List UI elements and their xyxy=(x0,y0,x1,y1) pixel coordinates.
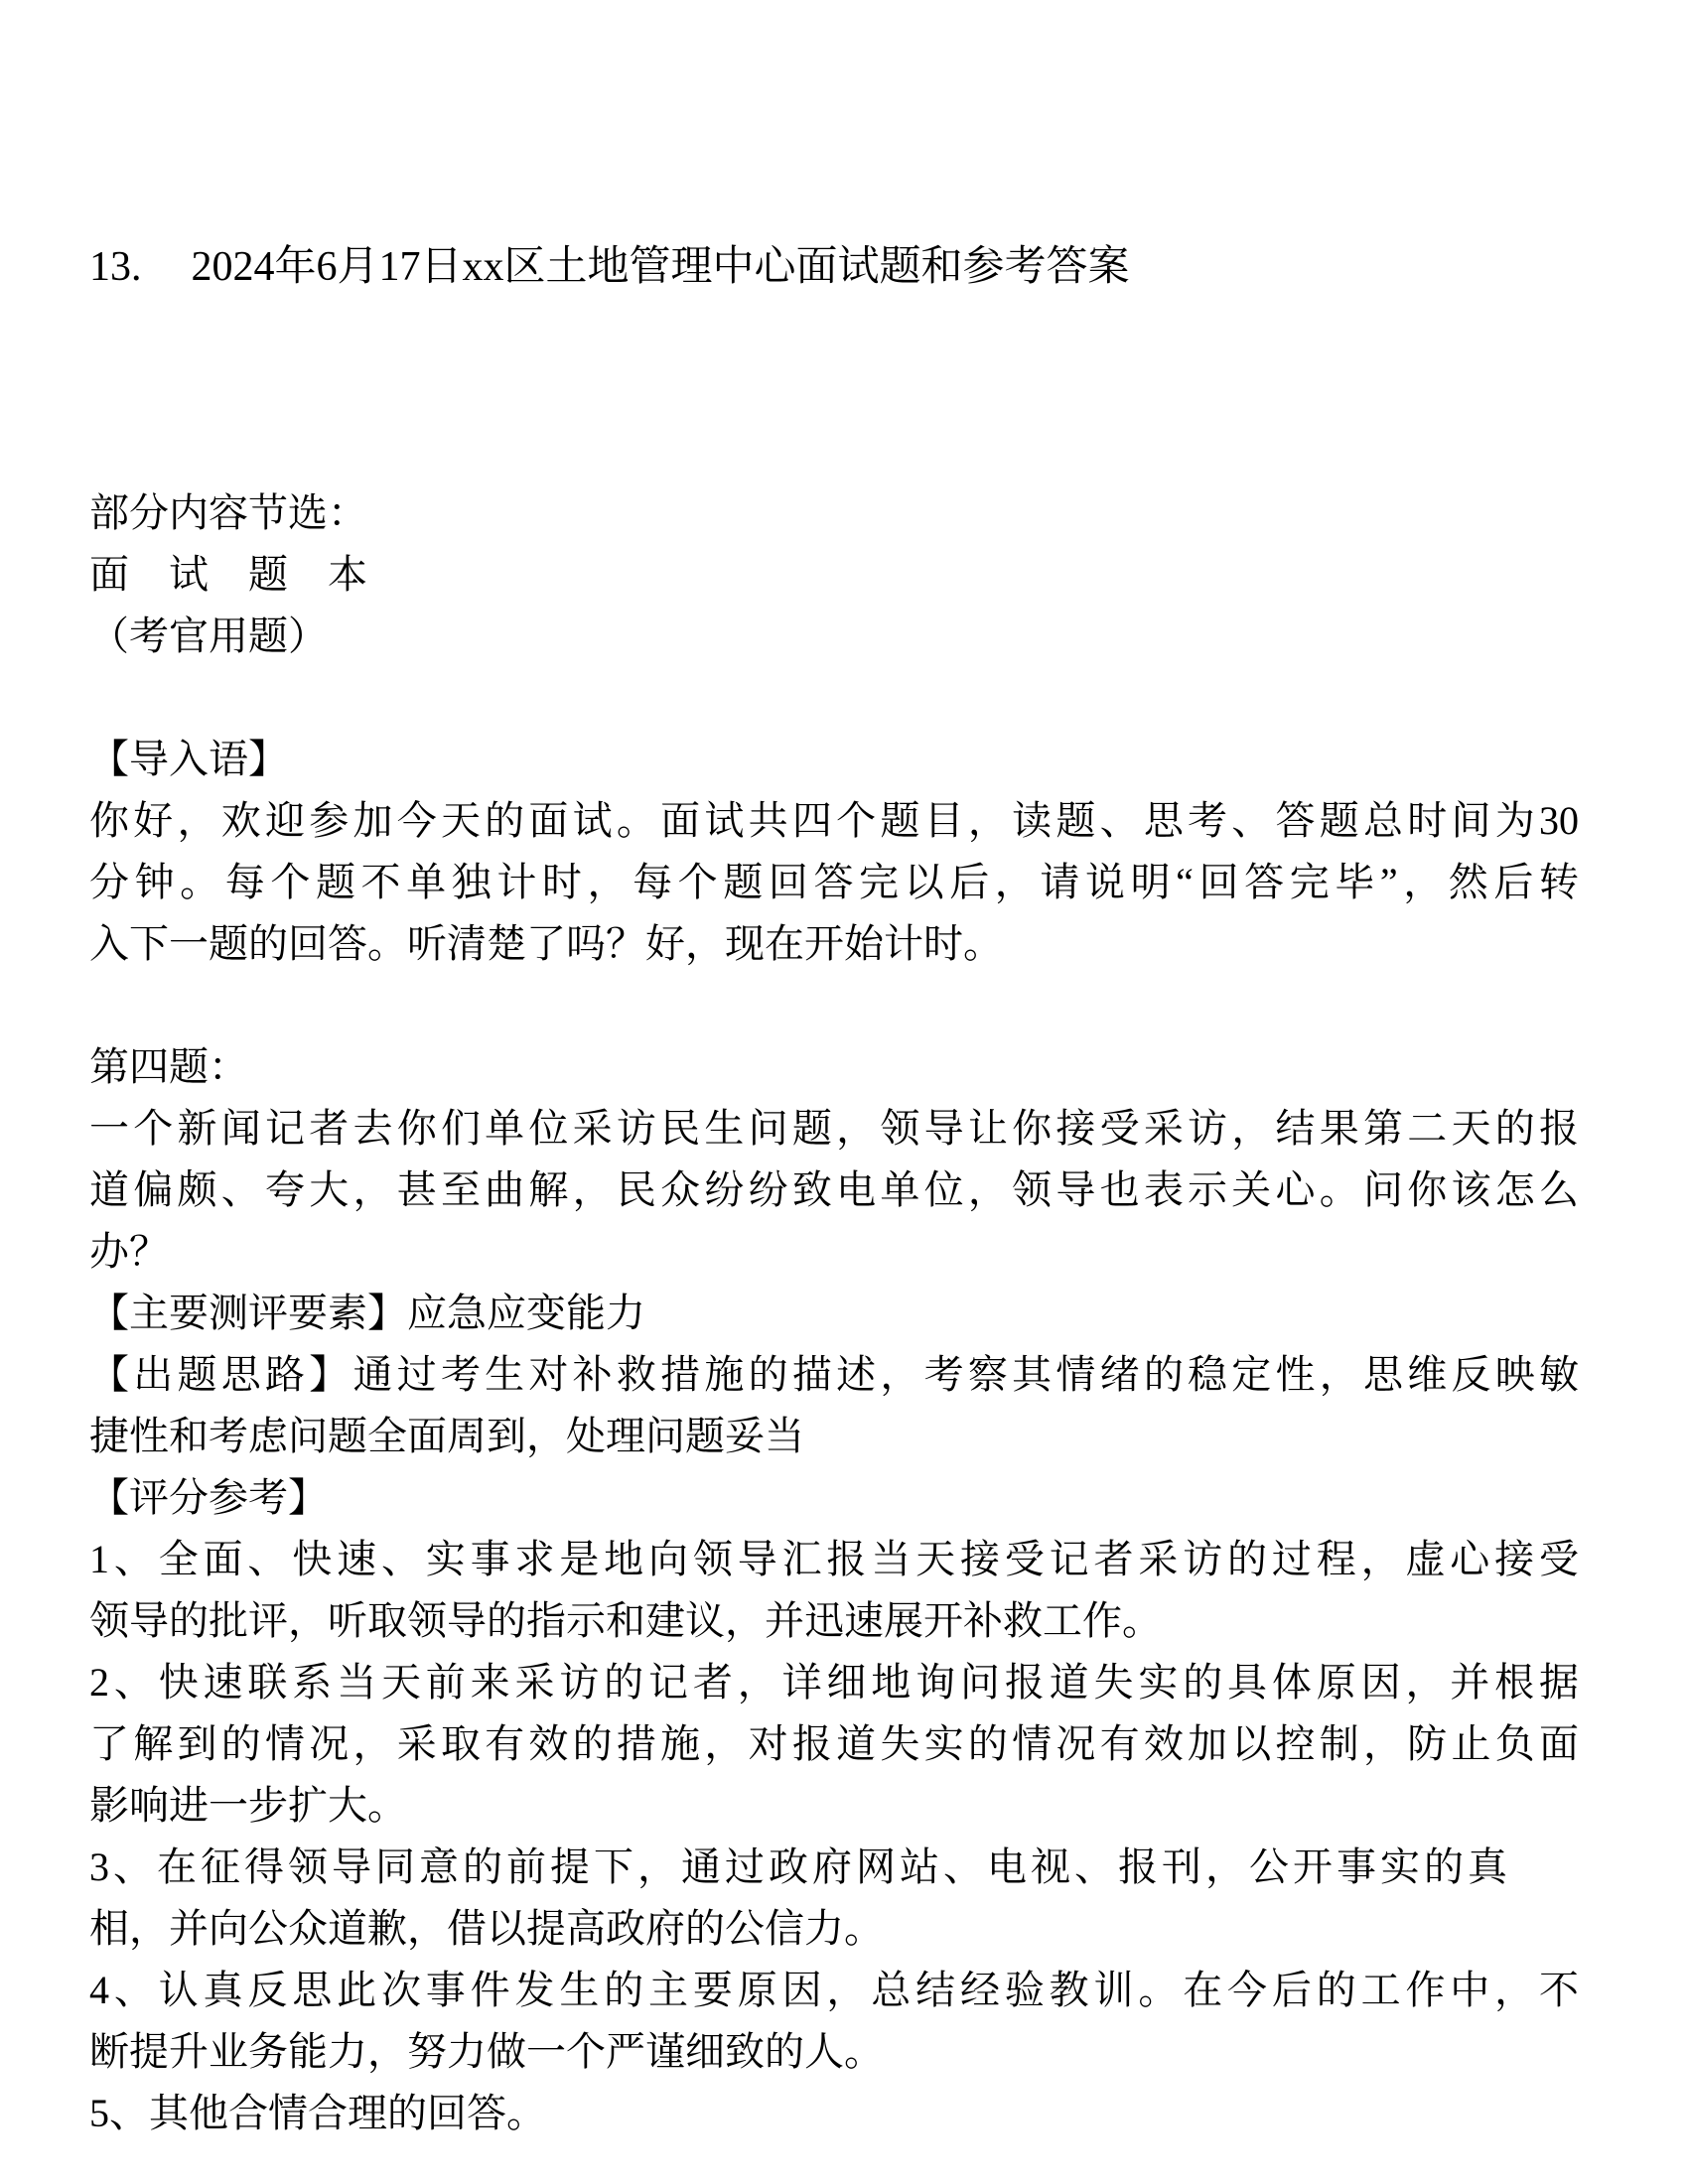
scoring-line: 4、认真反思此次事件发生的主要原因，总结经验教训。在今后的工作中，不 xyxy=(89,1960,1579,2021)
question-idea-line: 捷性和考虑问题全面周到，处理问题妥当 xyxy=(89,1406,1579,1467)
booklet-title: 面 试 题 本 xyxy=(89,544,1579,606)
scoring-line: 3、在征得领导同意的前提下，通过政府网站、电视、报刊，公开事实的真 xyxy=(89,1837,1579,1898)
intro-header: 【导入语】 xyxy=(89,729,1579,790)
scoring-header: 【评分参考】 xyxy=(89,1467,1579,1529)
intro-line: 分钟。每个题不单独计时，每个题回答完以后，请说明“回答完毕”，然后转 xyxy=(89,852,1579,913)
blank-line xyxy=(89,975,1579,1036)
booklet-subtitle: （考官用题） xyxy=(89,606,1579,667)
question-line: 办？ xyxy=(89,1221,1579,1283)
excerpt-label: 部分内容节选： xyxy=(89,482,1579,544)
scoring-line: 相，并向公众道歉，借以提高政府的公信力。 xyxy=(89,1898,1579,1960)
scoring-line: 了解到的情况，采取有效的措施，对报道失实的情况有效加以控制，防止负面 xyxy=(89,1713,1579,1775)
blank-line xyxy=(89,421,1579,482)
doc-title-line: 13.2024年6月17日xx区土地管理中心面试题和参考答案 xyxy=(89,236,1579,298)
question-idea-line: 【出题思路】通过考生对补救措施的描述，考察其情绪的稳定性，思维反映敏 xyxy=(89,1344,1579,1406)
evaluation-elements-line: 【主要测评要素】应急应变能力 xyxy=(89,1283,1579,1344)
question-header: 第四题： xyxy=(89,1036,1579,1098)
scoring-line: 影响进一步扩大。 xyxy=(89,1775,1579,1837)
scoring-line: 1、全面、快速、实事求是地向领导汇报当天接受记者采访的过程，虚心接受 xyxy=(89,1529,1579,1590)
blank-line xyxy=(89,298,1579,359)
scoring-line: 断提升业务能力，努力做一个严谨细致的人。 xyxy=(89,2021,1579,2083)
blank-line xyxy=(89,359,1579,421)
question-line: 一个新闻记者去你们单位采访民生问题，领导让你接受采访，结果第二天的报 xyxy=(89,1098,1579,1160)
intro-line: 入下一题的回答。听清楚了吗？好，现在开始计时。 xyxy=(89,913,1579,975)
scoring-line: 5、其他合情合理的回答。 xyxy=(89,2083,1579,2144)
question-line: 道偏颇、夸大，甚至曲解，民众纷纷致电单位，领导也表示关心。问你该怎么 xyxy=(89,1160,1579,1221)
scoring-line: 2、快速联系当天前来采访的记者，详细地询问报道失实的具体原因，并根据 xyxy=(89,1652,1579,1713)
scoring-line: 领导的批评，听取领导的指示和建议，并迅速展开补救工作。 xyxy=(89,1590,1579,1652)
document-page: 13.2024年6月17日xx区土地管理中心面试题和参考答案 部分内容节选： 面… xyxy=(0,0,1688,2184)
blank-line xyxy=(89,667,1579,729)
document-content: 13.2024年6月17日xx区土地管理中心面试题和参考答案 部分内容节选： 面… xyxy=(89,236,1579,2144)
intro-line: 你好，欢迎参加今天的面试。面试共四个题目，读题、思考、答题总时间为30 xyxy=(89,790,1579,852)
doc-title-number: 13. xyxy=(89,236,142,298)
doc-title-text: 2024年6月17日xx区土地管理中心面试题和参考答案 xyxy=(192,244,1130,290)
